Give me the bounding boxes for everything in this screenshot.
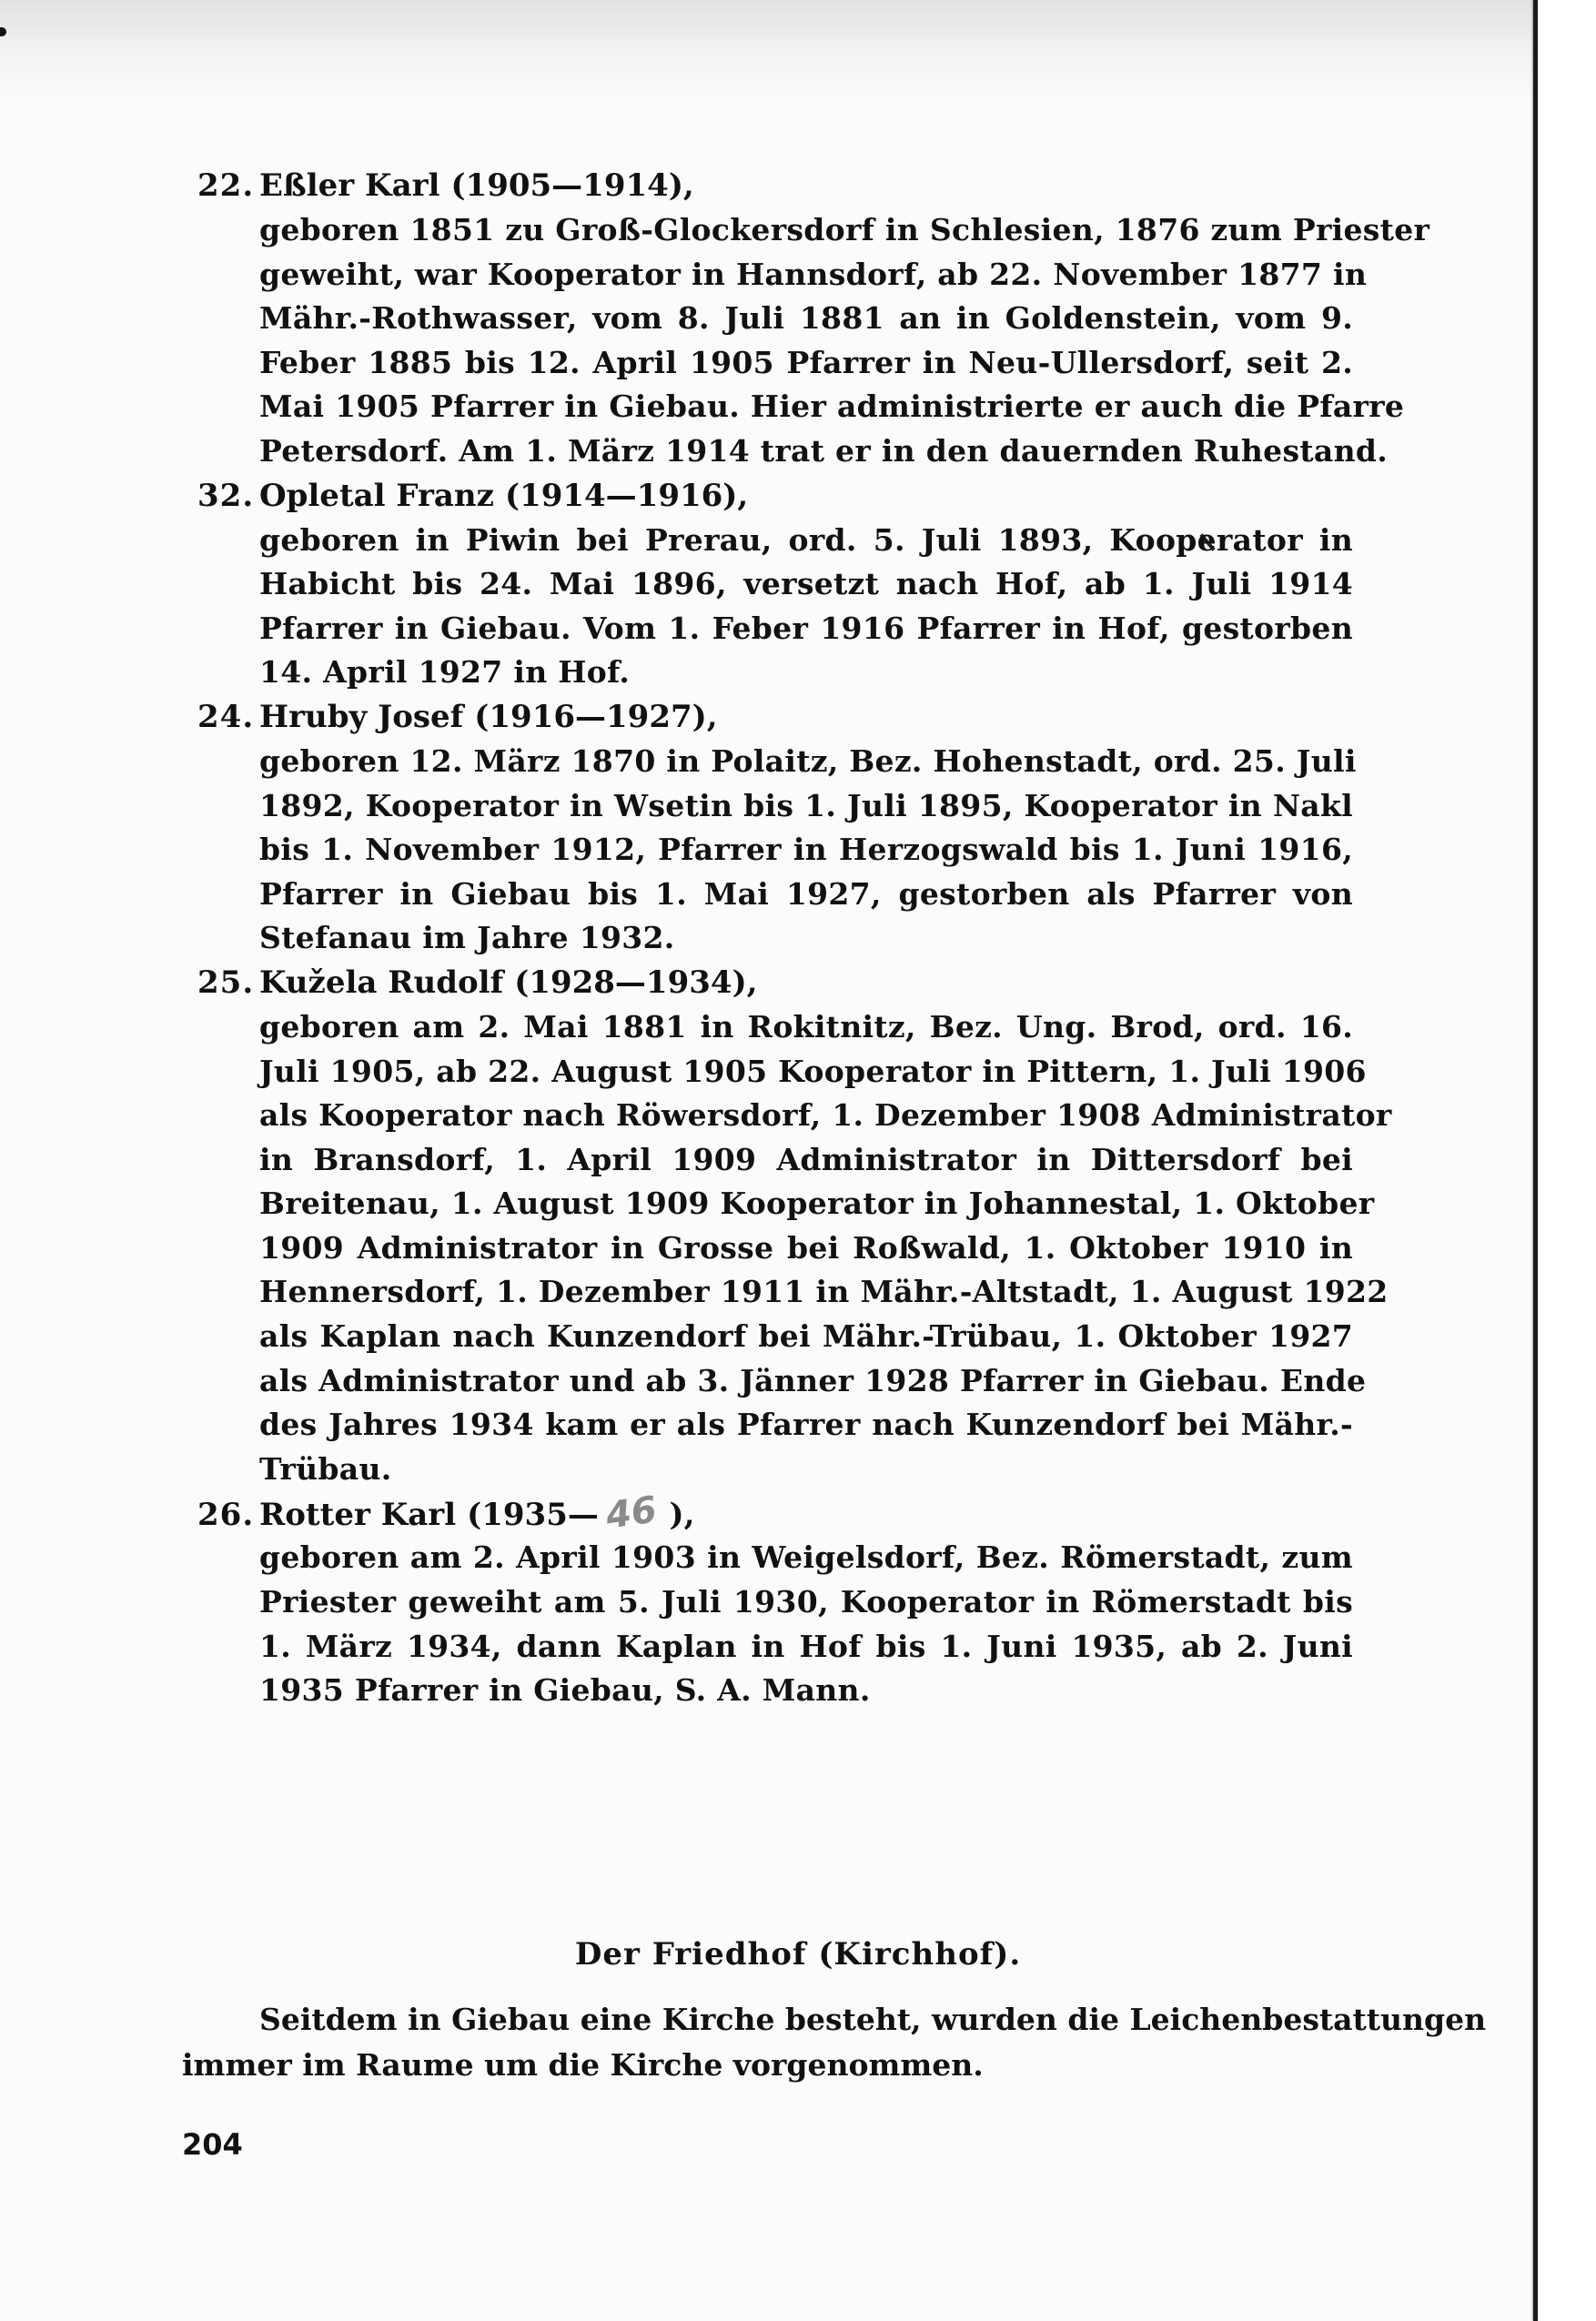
text-line: Petersdorf. Am 1. März 1914 trat er in d… <box>259 429 1353 474</box>
text-line: 1. März 1934, dann Kaplan in Hof bis 1. … <box>259 1625 1353 1670</box>
text-line: Habicht bis 24. Mai 1896, versetzt nach … <box>259 562 1353 607</box>
entry-name: Rotter Karl <box>259 1493 456 1538</box>
list-item: 25. Kužela Rudolf (1928—1934), geboren a… <box>197 961 1353 1492</box>
text-line: Feber 1885 bis 12. April 1905 Pfarrer in… <box>259 341 1353 386</box>
section-heading: Der Friedhof (Kirchhof). <box>0 1936 1596 1973</box>
list-item: 26. Rotter Karl (1935—46), geboren am 2.… <box>197 1491 1353 1712</box>
page-number: 204 <box>182 2127 243 2162</box>
entry-number: 26. <box>197 1493 259 1538</box>
text-line: Breitenau, 1. August 1909 Kooperator in … <box>259 1182 1353 1226</box>
text-line: Trübau. <box>259 1448 1353 1492</box>
entry-heading: 32. Opletal Franz (1914—1916), <box>197 474 1353 519</box>
list-item: 24. Hruby Josef (1916—1927), geboren 12.… <box>197 695 1353 961</box>
text-line: geweiht, war Kooperator in Hannsdorf, ab… <box>259 253 1353 298</box>
text-line: Pfarrer in Giebau. Vom 1. Feber 1916 Pfa… <box>259 607 1353 651</box>
entry-name: Eßler Karl <box>259 164 439 208</box>
text-line: Juli 1905, ab 22. August 1905 Kooperator… <box>259 1050 1353 1095</box>
entry-years-start: (1935— <box>467 1497 599 1533</box>
text-line: Hennersdorf, 1. Dezember 1911 in Mähr.-A… <box>259 1270 1353 1315</box>
entry-years: (1928—1934), <box>514 961 757 1005</box>
list-item: 22. Eßler Karl (1905—1914), geboren 1851… <box>197 164 1353 474</box>
text-line: 1909 Administrator in Grosse bei Roßwald… <box>259 1226 1353 1271</box>
handwritten-annotation: 46 <box>603 1488 660 1539</box>
text-line: 14. April 1927 in Hof. <box>259 651 1353 695</box>
text-line: Priester geweiht am 5. Juli 1930, Kooper… <box>259 1580 1353 1625</box>
entry-body: geboren in Piwin bei Prerau, ord. 5. Jul… <box>259 519 1353 695</box>
list-item: 32. Opletal Franz (1914—1916), geboren i… <box>197 474 1353 695</box>
entry-heading: 26. Rotter Karl (1935—46), <box>197 1491 1353 1536</box>
entry-number: 25. <box>197 961 259 1005</box>
entry-years-end: ), <box>670 1497 695 1533</box>
text-line: 1935 Pfarrer in Giebau, S. A. Mann. <box>259 1669 1353 1713</box>
entry-number: 22. <box>197 164 259 208</box>
entry-heading: 25. Kužela Rudolf (1928—1934), <box>197 961 1353 1005</box>
text-line: als Kaplan nach Kunzendorf bei Mähr.-Trü… <box>259 1315 1353 1359</box>
text-line: immer im Raume um die Kirche vorgenommen… <box>182 2043 1351 2088</box>
entry-name: Opletal Franz <box>259 474 494 519</box>
text-line: 1892, Kooperator in Wsetin bis 1. Juli 1… <box>259 784 1353 829</box>
text-line: Mähr.-Rothwasser, vom 8. Juli 1881 an in… <box>259 297 1353 341</box>
text-line: Mai 1905 Pfarrer in Giebau. Hier adminis… <box>259 385 1353 429</box>
entry-body: geboren am 2. Mai 1881 in Rokitnitz, Bez… <box>259 1005 1353 1492</box>
ink-spot <box>0 27 6 36</box>
entry-years: (1914—1916), <box>505 474 748 519</box>
text-line: als Administrator und ab 3. Jänner 1928 … <box>259 1359 1353 1404</box>
entry-heading: 24. Hruby Josef (1916—1927), <box>197 695 1353 740</box>
text-line: als Kooperator nach Röwersdorf, 1. Dezem… <box>259 1094 1353 1138</box>
text-line: geboren am 2. April 1903 in Weigelsdorf,… <box>259 1536 1353 1580</box>
entry-name: Kužela Rudolf <box>259 961 503 1005</box>
entry-heading: 22. Eßler Karl (1905—1914), <box>197 164 1353 208</box>
facing-page-margin <box>1538 0 1596 2321</box>
entry-body: geboren 1851 zu Groß-Glockersdorf in Sch… <box>259 208 1353 474</box>
book-page: 22. Eßler Karl (1905—1914), geboren 1851… <box>0 0 1596 2321</box>
text-line: Seitdem in Giebau eine Kirche besteht, w… <box>182 1997 1351 2043</box>
entry-years: (1916—1927), <box>474 695 717 740</box>
entry-number: 24. <box>197 695 259 740</box>
text-line: in Bransdorf, 1. April 1909 Administrato… <box>259 1138 1353 1183</box>
entry-number: 32. <box>197 474 259 519</box>
pastor-list: 22. Eßler Karl (1905—1914), geboren 1851… <box>197 164 1353 1713</box>
entry-name: Hruby Josef <box>259 695 463 740</box>
text-line: geboren in Piwin bei Prerau, ord. 5. Jul… <box>259 519 1353 563</box>
text-line: geboren 12. März 1870 in Polaitz, Bez. H… <box>259 740 1353 784</box>
text-line: bis 1. November 1912, Pfarrer in Herzogs… <box>259 828 1353 873</box>
text-line: Pfarrer in Giebau bis 1. Mai 1927, gesto… <box>259 873 1353 917</box>
text-line: des Jahres 1934 kam er als Pfarrer nach … <box>259 1403 1353 1448</box>
entry-body: geboren am 2. April 1903 in Weigelsdorf,… <box>259 1536 1353 1712</box>
text-line: Stefanau im Jahre 1932. <box>259 916 1353 961</box>
entry-body: geboren 12. März 1870 in Polaitz, Bez. H… <box>259 740 1353 961</box>
text-line: geboren 1851 zu Groß-Glockersdorf in Sch… <box>259 208 1353 253</box>
entry-years: (1935—46), <box>467 1491 694 1538</box>
entry-years: (1905—1914), <box>450 164 693 208</box>
section-paragraph: Seitdem in Giebau eine Kirche besteht, w… <box>182 1997 1351 2088</box>
text-line: geboren am 2. Mai 1881 in Rokitnitz, Bez… <box>259 1005 1353 1050</box>
